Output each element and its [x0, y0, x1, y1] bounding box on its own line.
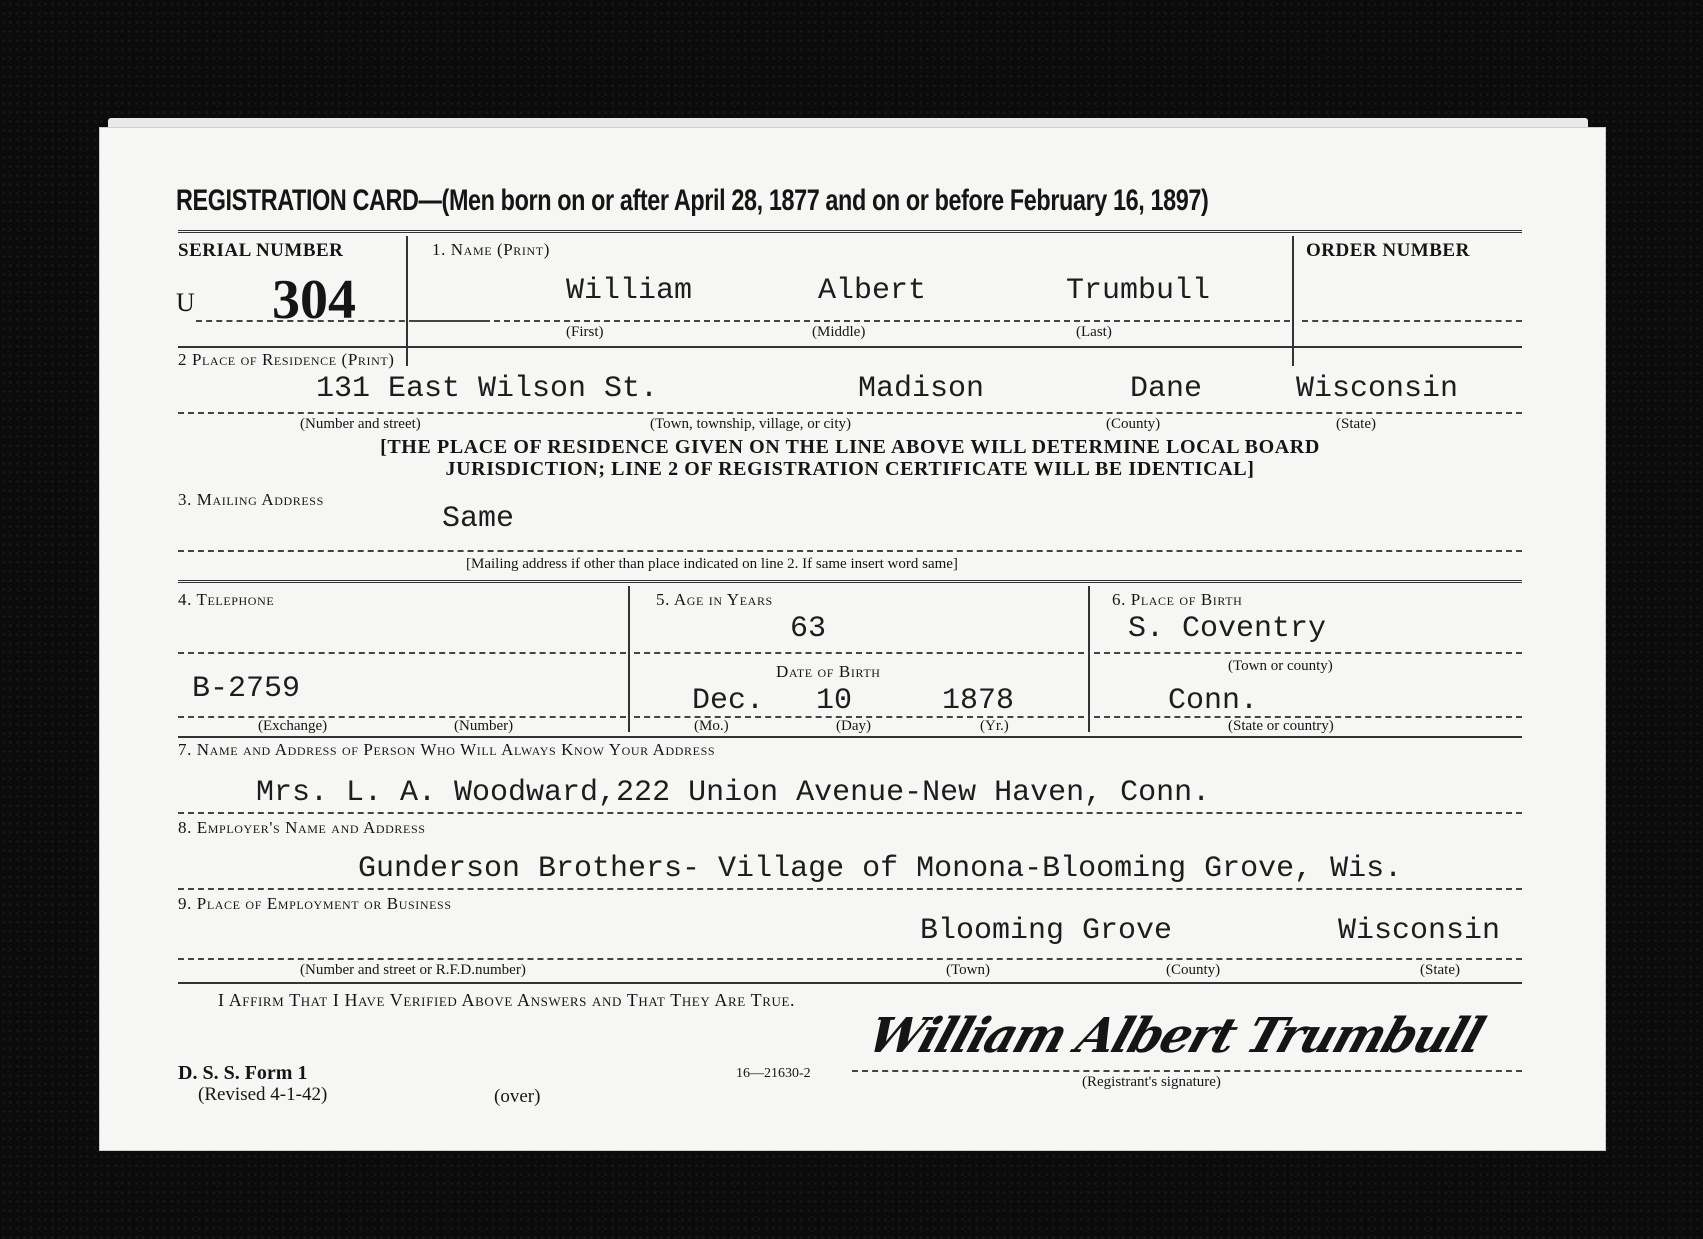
- telephone-label: 4. Telephone: [178, 590, 274, 610]
- last-caption: (Last): [1076, 324, 1112, 341]
- rfd-caption: (Number and street or R.F.D.number): [300, 962, 526, 979]
- employer-value: Gunderson Brothers- Village of Monona-Bl…: [358, 852, 1402, 886]
- dob-day: 10: [816, 684, 852, 718]
- town-caption: (Town, township, village, or city): [650, 416, 851, 433]
- street-caption: (Number and street): [300, 416, 421, 433]
- mailing-address-value: Same: [442, 502, 514, 536]
- birthplace-state-caption: (State or country): [1228, 718, 1334, 735]
- age-label: 5. Age in Years: [656, 590, 773, 610]
- affirmation-text: I Affirm That I Have Verified Above Answ…: [218, 990, 795, 1011]
- employment-county-caption: (County): [1166, 962, 1220, 979]
- employment-underline: [178, 958, 1522, 960]
- form-revised: (Revised 4-1-42): [198, 1084, 327, 1106]
- mailing-address-label: 3. Mailing Address: [178, 490, 324, 510]
- title-rule: [178, 230, 1522, 235]
- contact-underline: [178, 812, 1522, 814]
- order-underline: [1302, 320, 1522, 322]
- year-caption: (Yr.): [980, 718, 1009, 735]
- serial-prefix: U: [176, 288, 195, 318]
- employment-town: Blooming Grove: [920, 914, 1172, 948]
- month-caption: (Mo.): [694, 718, 729, 735]
- section-rule: [178, 736, 1522, 738]
- mailing-underline: [178, 550, 1522, 552]
- employer-label: 8. Employer's Name and Address: [178, 818, 426, 838]
- name-underline: [414, 320, 1290, 322]
- telephone-value: B-2759: [192, 672, 300, 706]
- last-name-value: Trumbull: [1066, 274, 1210, 308]
- residence-town: Madison: [858, 372, 984, 406]
- number-caption: (Number): [454, 718, 513, 735]
- residence-note-line1: [THE PLACE OF RESIDENCE GIVEN ON THE LIN…: [178, 436, 1522, 459]
- serial-number-label: SERIAL NUMBER: [178, 240, 343, 262]
- section-rule: [178, 346, 1522, 348]
- exchange-caption: (Exchange): [258, 718, 327, 735]
- birthplace-town: S. Coventry: [1128, 612, 1326, 646]
- section-rule: [178, 580, 1522, 585]
- over-note: (over): [494, 1086, 540, 1108]
- day-caption: (Day): [836, 718, 871, 735]
- residence-underline: [178, 412, 1522, 414]
- dob-label: Date of Birth: [776, 662, 881, 682]
- state-caption: (State): [1336, 416, 1376, 433]
- registrant-signature: William Albert Trumbull: [861, 1008, 1490, 1064]
- age-value: 63: [790, 612, 826, 646]
- employment-state: Wisconsin: [1338, 914, 1500, 948]
- birthplace-state: Conn.: [1168, 684, 1258, 718]
- age-underline: [634, 652, 1084, 654]
- residence-county: Dane: [1130, 372, 1202, 406]
- contact-label: 7. Name and Address of Person Who Will A…: [178, 740, 715, 760]
- divider: [628, 586, 630, 732]
- residence-state: Wisconsin: [1296, 372, 1458, 406]
- name-label: 1. Name (Print): [432, 240, 550, 260]
- first-name-value: William: [566, 274, 692, 308]
- residence-note-line2: JURISDICTION; LINE 2 OF REGISTRATION CER…: [178, 458, 1522, 481]
- dob-year: 1878: [942, 684, 1014, 718]
- middle-caption: (Middle): [812, 324, 865, 341]
- print-code: 16—21630-2: [736, 1066, 811, 1082]
- employment-town-caption: (Town): [946, 962, 990, 979]
- birthplace-label: 6. Place of Birth: [1112, 590, 1242, 610]
- birthplace-town-underline: [1094, 652, 1522, 654]
- first-caption: (First): [566, 324, 604, 341]
- telephone-underline: [178, 716, 626, 718]
- county-caption: (County): [1106, 416, 1160, 433]
- divider: [1088, 586, 1090, 732]
- signature-caption: (Registrant's signature): [1082, 1074, 1221, 1091]
- birthplace-town-caption: (Town or county): [1228, 658, 1333, 675]
- contact-value: Mrs. L. A. Woodward,222 Union Avenue-New…: [256, 776, 1210, 810]
- order-number-label: ORDER NUMBER: [1306, 240, 1470, 262]
- section-rule: [178, 982, 1522, 984]
- dob-month: Dec.: [692, 684, 764, 718]
- mailing-caption: [Mailing address if other than place ind…: [466, 556, 958, 573]
- employer-underline: [178, 888, 1522, 890]
- middle-name-value: Albert: [818, 274, 926, 308]
- employment-state-caption: (State): [1420, 962, 1460, 979]
- residence-label: 2 Place of Residence (Print): [178, 350, 395, 370]
- employment-place-label: 9. Place of Employment or Business: [178, 894, 452, 914]
- signature-underline: [852, 1070, 1522, 1072]
- residence-street: 131 East Wilson St.: [316, 372, 658, 406]
- registration-card: REGISTRATION CARD—(Men born on or after …: [100, 128, 1605, 1150]
- card-title: REGISTRATION CARD—(Men born on or after …: [176, 184, 1208, 218]
- telephone-midline: [178, 652, 626, 654]
- serial-number-value: 304: [272, 268, 356, 332]
- form-name: D. S. S. Form 1: [178, 1062, 307, 1085]
